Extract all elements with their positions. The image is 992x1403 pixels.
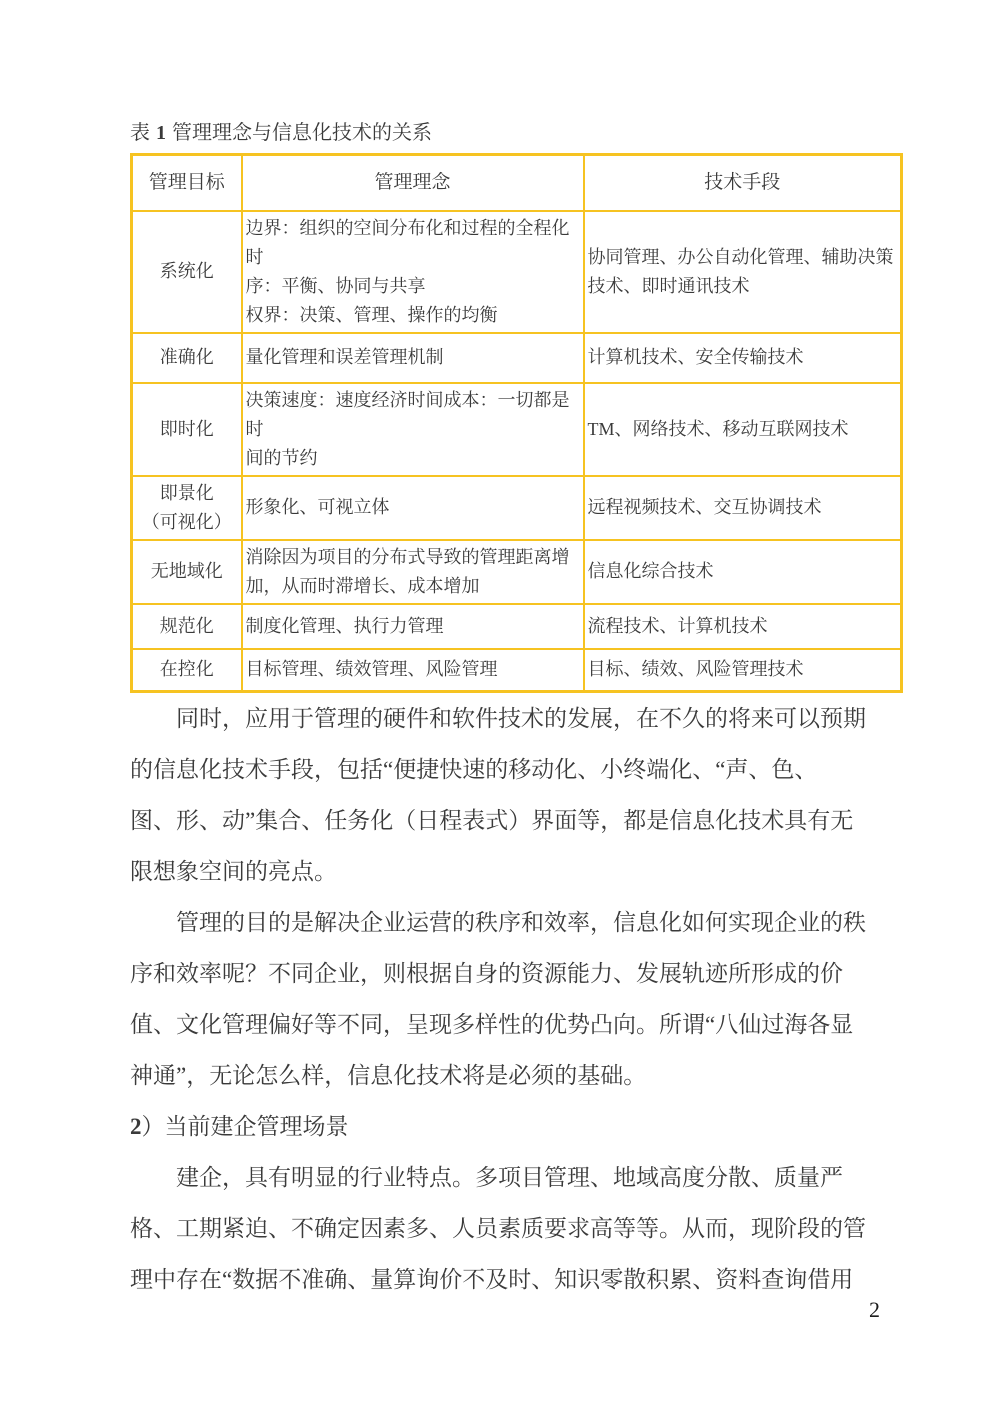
table-row: 即景化 （可视化） 形象化、可视立体 远程视频技术、交互协调技术 bbox=[132, 476, 902, 540]
goal-cell: 无地域化 bbox=[132, 540, 242, 604]
section-heading: 2）当前建企管理场景 bbox=[130, 1101, 902, 1152]
header-tech: 技术手段 bbox=[584, 155, 902, 211]
tech-cell: 远程视频技术、交互协调技术 bbox=[584, 476, 902, 540]
document-page: 表1管理理念与信息化技术的关系 管理目标 管理理念 技术手段 系统化 边界：组织… bbox=[0, 0, 992, 1403]
paragraph-industry-traits: 建企，具有明显的行业特点。多项目管理、地域高度分散、质量严 格、工期紧迫、不确定… bbox=[130, 1152, 902, 1305]
concept-cell: 消除因为项目的分布式导致的管理距离增 加，从而时滞增长、成本增加 bbox=[242, 540, 584, 604]
paragraph-future-tech: 同时，应用于管理的硬件和软件技术的发展，在不久的将来可以预期 的信息化技术手段，… bbox=[130, 693, 902, 897]
caption-label: 表 bbox=[130, 122, 150, 144]
heading-title: 当前建企管理场景 bbox=[165, 1114, 349, 1139]
concept-cell: 边界：组织的空间分布化和过程的全程化时 序：平衡、协同与共享 权界：决策、管理、… bbox=[242, 211, 584, 333]
tech-cell: 协同管理、办公自动化管理、辅助决策 技术、即时通讯技术 bbox=[584, 211, 902, 333]
goal-cell: 规范化 bbox=[132, 604, 242, 649]
table-row: 即时化 决策速度：速度经济时间成本：一切都是时 间的节约 TM、网络技术、移动互… bbox=[132, 383, 902, 476]
tech-cell: TM、网络技术、移动互联网技术 bbox=[584, 383, 902, 476]
concept-cell: 形象化、可视立体 bbox=[242, 476, 584, 540]
goal-cell: 准确化 bbox=[132, 333, 242, 383]
header-goal: 管理目标 bbox=[132, 155, 242, 211]
table-row: 规范化 制度化管理、执行力管理 流程技术、计算机技术 bbox=[132, 604, 902, 649]
paragraph-management-goal: 管理的目的是解决企业运营的秩序和效率，信息化如何实现企业的秩 序和效率呢？不同企… bbox=[130, 897, 902, 1101]
heading-number: 2 bbox=[130, 1114, 142, 1139]
page-number: 2 bbox=[869, 1297, 880, 1323]
concept-cell: 制度化管理、执行力管理 bbox=[242, 604, 584, 649]
tech-cell: 信息化综合技术 bbox=[584, 540, 902, 604]
goal-cell: 系统化 bbox=[132, 211, 242, 333]
heading-bracket: ） bbox=[142, 1114, 165, 1139]
caption-title: 管理理念与信息化技术的关系 bbox=[172, 122, 432, 144]
goal-cell: 即时化 bbox=[132, 383, 242, 476]
concept-cell: 目标管理、绩效管理、风险管理 bbox=[242, 649, 584, 692]
page-content: 表1管理理念与信息化技术的关系 管理目标 管理理念 技术手段 系统化 边界：组织… bbox=[130, 120, 902, 1305]
table-header-row: 管理目标 管理理念 技术手段 bbox=[132, 155, 902, 211]
table-row: 在控化 目标管理、绩效管理、风险管理 目标、绩效、风险管理技术 bbox=[132, 649, 902, 692]
header-concept: 管理理念 bbox=[242, 155, 584, 211]
table-caption: 表1管理理念与信息化技术的关系 bbox=[130, 120, 902, 146]
tech-cell: 流程技术、计算机技术 bbox=[584, 604, 902, 649]
goal-cell: 在控化 bbox=[132, 649, 242, 692]
table-row: 无地域化 消除因为项目的分布式导致的管理距离增 加，从而时滞增长、成本增加 信息… bbox=[132, 540, 902, 604]
tech-cell: 计算机技术、安全传输技术 bbox=[584, 333, 902, 383]
table-row: 系统化 边界：组织的空间分布化和过程的全程化时 序：平衡、协同与共享 权界：决策… bbox=[132, 211, 902, 333]
tech-cell: 目标、绩效、风险管理技术 bbox=[584, 649, 902, 692]
table-row: 准确化 量化管理和误差管理机制 计算机技术、安全传输技术 bbox=[132, 333, 902, 383]
goal-cell: 即景化 （可视化） bbox=[132, 476, 242, 540]
concept-cell: 量化管理和误差管理机制 bbox=[242, 333, 584, 383]
concept-cell: 决策速度：速度经济时间成本：一切都是时 间的节约 bbox=[242, 383, 584, 476]
caption-number: 1 bbox=[156, 122, 166, 144]
management-concepts-table: 管理目标 管理理念 技术手段 系统化 边界：组织的空间分布化和过程的全程化时 序… bbox=[130, 153, 903, 693]
